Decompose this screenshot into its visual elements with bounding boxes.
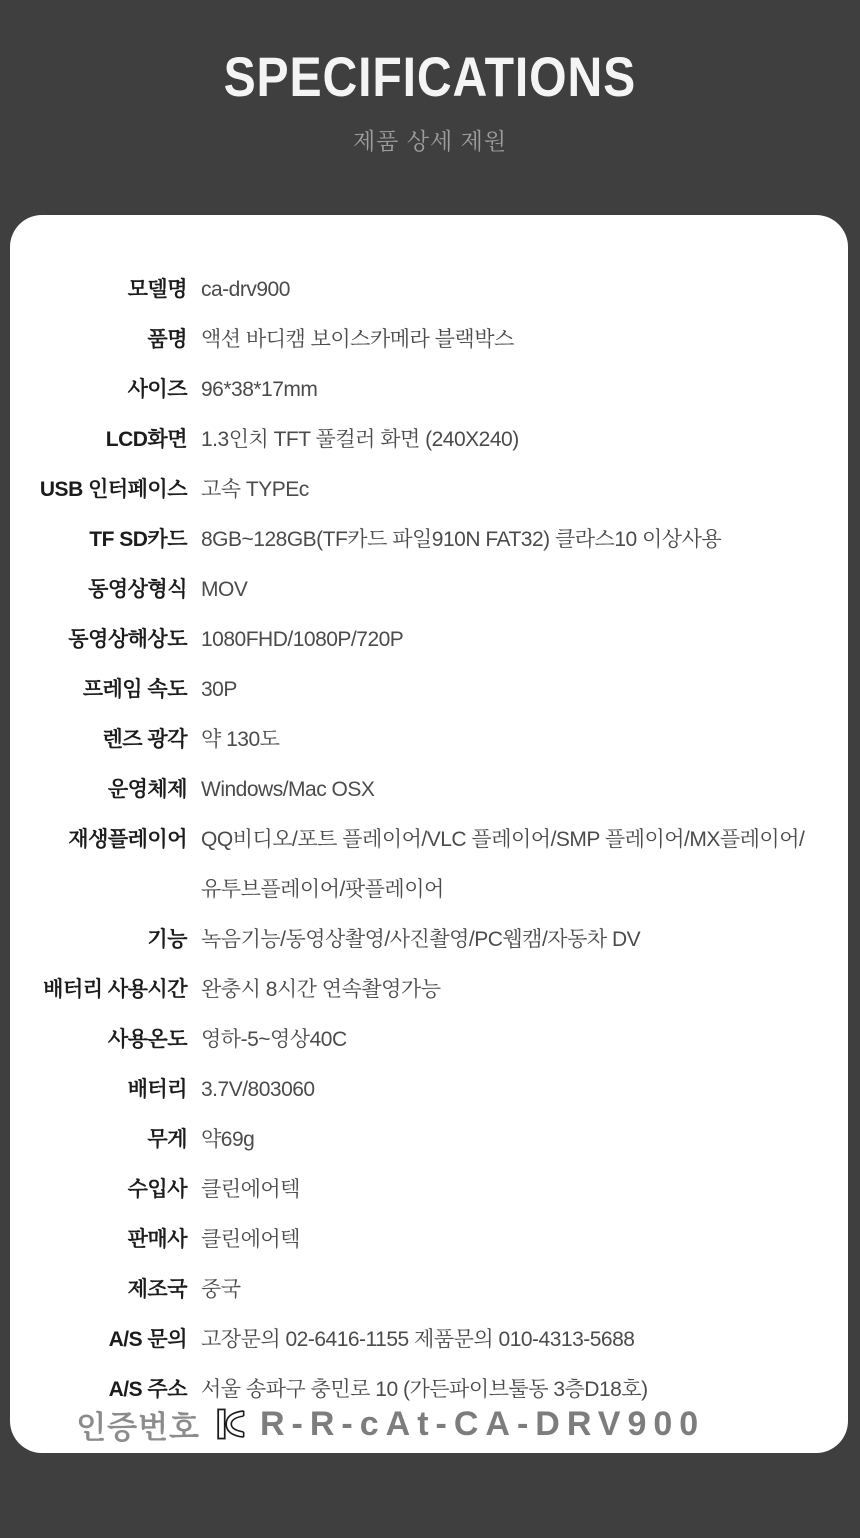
spec-value: 96*38*17mm	[201, 365, 317, 415]
spec-row: A/S 문의 고장문의 02-6416-1155 제품문의 010-4313-5…	[10, 1315, 848, 1365]
spec-label: 기능	[10, 915, 187, 965]
spec-label: TF SD카드	[10, 515, 187, 565]
spec-label: LCD화면	[10, 415, 187, 465]
spec-label: 재생플레이어	[10, 815, 187, 865]
spec-label: 렌즈 광각	[10, 715, 187, 765]
certification-row: 인증번호 R-R-cAt-CA-DRV900	[10, 1401, 848, 1447]
spec-value: 1080FHD/1080P/720P	[201, 615, 403, 665]
spec-value: Windows/Mac OSX	[201, 765, 374, 815]
spec-row: 동영상해상도 1080FHD/1080P/720P	[10, 615, 848, 665]
spec-label: 동영상형식	[10, 565, 187, 615]
spec-row: 무게 약69g	[10, 1115, 848, 1165]
spec-page: SPECIFICATIONS 제품 상세 제원 모델명 ca-drv900 품명…	[0, 0, 860, 1538]
spec-row: 프레임 속도 30P	[10, 665, 848, 715]
spec-label: 사이즈	[10, 365, 187, 415]
spec-value: ca-drv900	[201, 265, 290, 315]
spec-value: 영하-5~영상40C	[201, 1015, 347, 1065]
spec-value: 3.7V/803060	[201, 1065, 315, 1115]
spec-row: 제조국 중국	[10, 1265, 848, 1315]
page-subtitle: 제품 상세 제원	[0, 123, 860, 156]
spec-value: 1.3인치 TFT 풀컬러 화면 (240X240)	[201, 415, 519, 465]
spec-row: 운영체제 Windows/Mac OSX	[10, 765, 848, 815]
page-header: SPECIFICATIONS 제품 상세 제원	[0, 0, 860, 156]
certification-number: R-R-cAt-CA-DRV900	[260, 1405, 705, 1444]
kc-certification-mark-icon	[216, 1403, 248, 1445]
spec-value: 약69g	[201, 1115, 254, 1165]
spec-row: 수입사 클린에어텍	[10, 1165, 848, 1215]
spec-value: 고장문의 02-6416-1155 제품문의 010-4313-5688	[201, 1315, 634, 1365]
spec-label: 무게	[10, 1115, 187, 1165]
spec-label: 품명	[10, 315, 187, 365]
spec-row: LCD화면 1.3인치 TFT 풀컬러 화면 (240X240)	[10, 415, 848, 465]
spec-value: 완충시 8시간 연속촬영가능	[201, 965, 441, 1015]
spec-row: 품명 액션 바디캠 보이스카메라 블랙박스	[10, 315, 848, 365]
spec-value: QQ비디오/포트 플레이어/VLC 플레이어/SMP 플레이어/MX플레이어/유…	[201, 815, 804, 915]
spec-card: 모델명 ca-drv900 품명 액션 바디캠 보이스카메라 블랙박스 사이즈 …	[10, 215, 848, 1453]
spec-value: 8GB~128GB(TF카드 파일910N FAT32) 클라스10 이상사용	[201, 515, 721, 565]
spec-row: 판매사 클린에어텍	[10, 1215, 848, 1265]
spec-row: 재생플레이어 QQ비디오/포트 플레이어/VLC 플레이어/SMP 플레이어/M…	[10, 815, 848, 915]
spec-label: 동영상해상도	[10, 615, 187, 665]
spec-row: 모델명 ca-drv900	[10, 265, 848, 315]
spec-label: 배터리	[10, 1065, 187, 1115]
spec-label: A/S 문의	[10, 1315, 187, 1365]
spec-value: 액션 바디캠 보이스카메라 블랙박스	[201, 315, 514, 365]
spec-label: 운영체제	[10, 765, 187, 815]
spec-row: 배터리 3.7V/803060	[10, 1065, 848, 1115]
spec-row: 사이즈 96*38*17mm	[10, 365, 848, 415]
spec-label: 제조국	[10, 1265, 187, 1315]
spec-row: 동영상형식 MOV	[10, 565, 848, 615]
spec-label: 프레임 속도	[10, 665, 187, 715]
spec-row: 렌즈 광각 약 130도	[10, 715, 848, 765]
certification-label: 인증번호	[10, 1402, 200, 1447]
page-title: SPECIFICATIONS	[224, 44, 637, 109]
spec-label: 배터리 사용시간	[10, 965, 187, 1015]
spec-label: 판매사	[10, 1215, 187, 1265]
spec-row: USB 인터페이스 고속 TYPEc	[10, 465, 848, 515]
spec-value: 클린에어텍	[201, 1215, 300, 1265]
spec-value: 중국	[201, 1265, 241, 1315]
spec-value: 클린에어텍	[201, 1165, 300, 1215]
spec-row: TF SD카드 8GB~128GB(TF카드 파일910N FAT32) 클라스…	[10, 515, 848, 565]
spec-label: USB 인터페이스	[10, 465, 187, 515]
spec-label: 모델명	[10, 265, 187, 315]
spec-row: 기능 녹음기능/동영상촬영/사진촬영/PC웹캠/자동차 DV	[10, 915, 848, 965]
spec-value: 고속 TYPEc	[201, 465, 309, 515]
spec-label: 수입사	[10, 1165, 187, 1215]
spec-rows: 모델명 ca-drv900 품명 액션 바디캠 보이스카메라 블랙박스 사이즈 …	[10, 215, 848, 1415]
spec-label: 사용온도	[10, 1015, 187, 1065]
spec-row: 사용온도 영하-5~영상40C	[10, 1015, 848, 1065]
spec-value: 30P	[201, 665, 237, 715]
spec-row: 배터리 사용시간 완충시 8시간 연속촬영가능	[10, 965, 848, 1015]
spec-value: 녹음기능/동영상촬영/사진촬영/PC웹캠/자동차 DV	[201, 915, 640, 965]
spec-value: 약 130도	[201, 715, 279, 765]
spec-value: MOV	[201, 565, 247, 615]
